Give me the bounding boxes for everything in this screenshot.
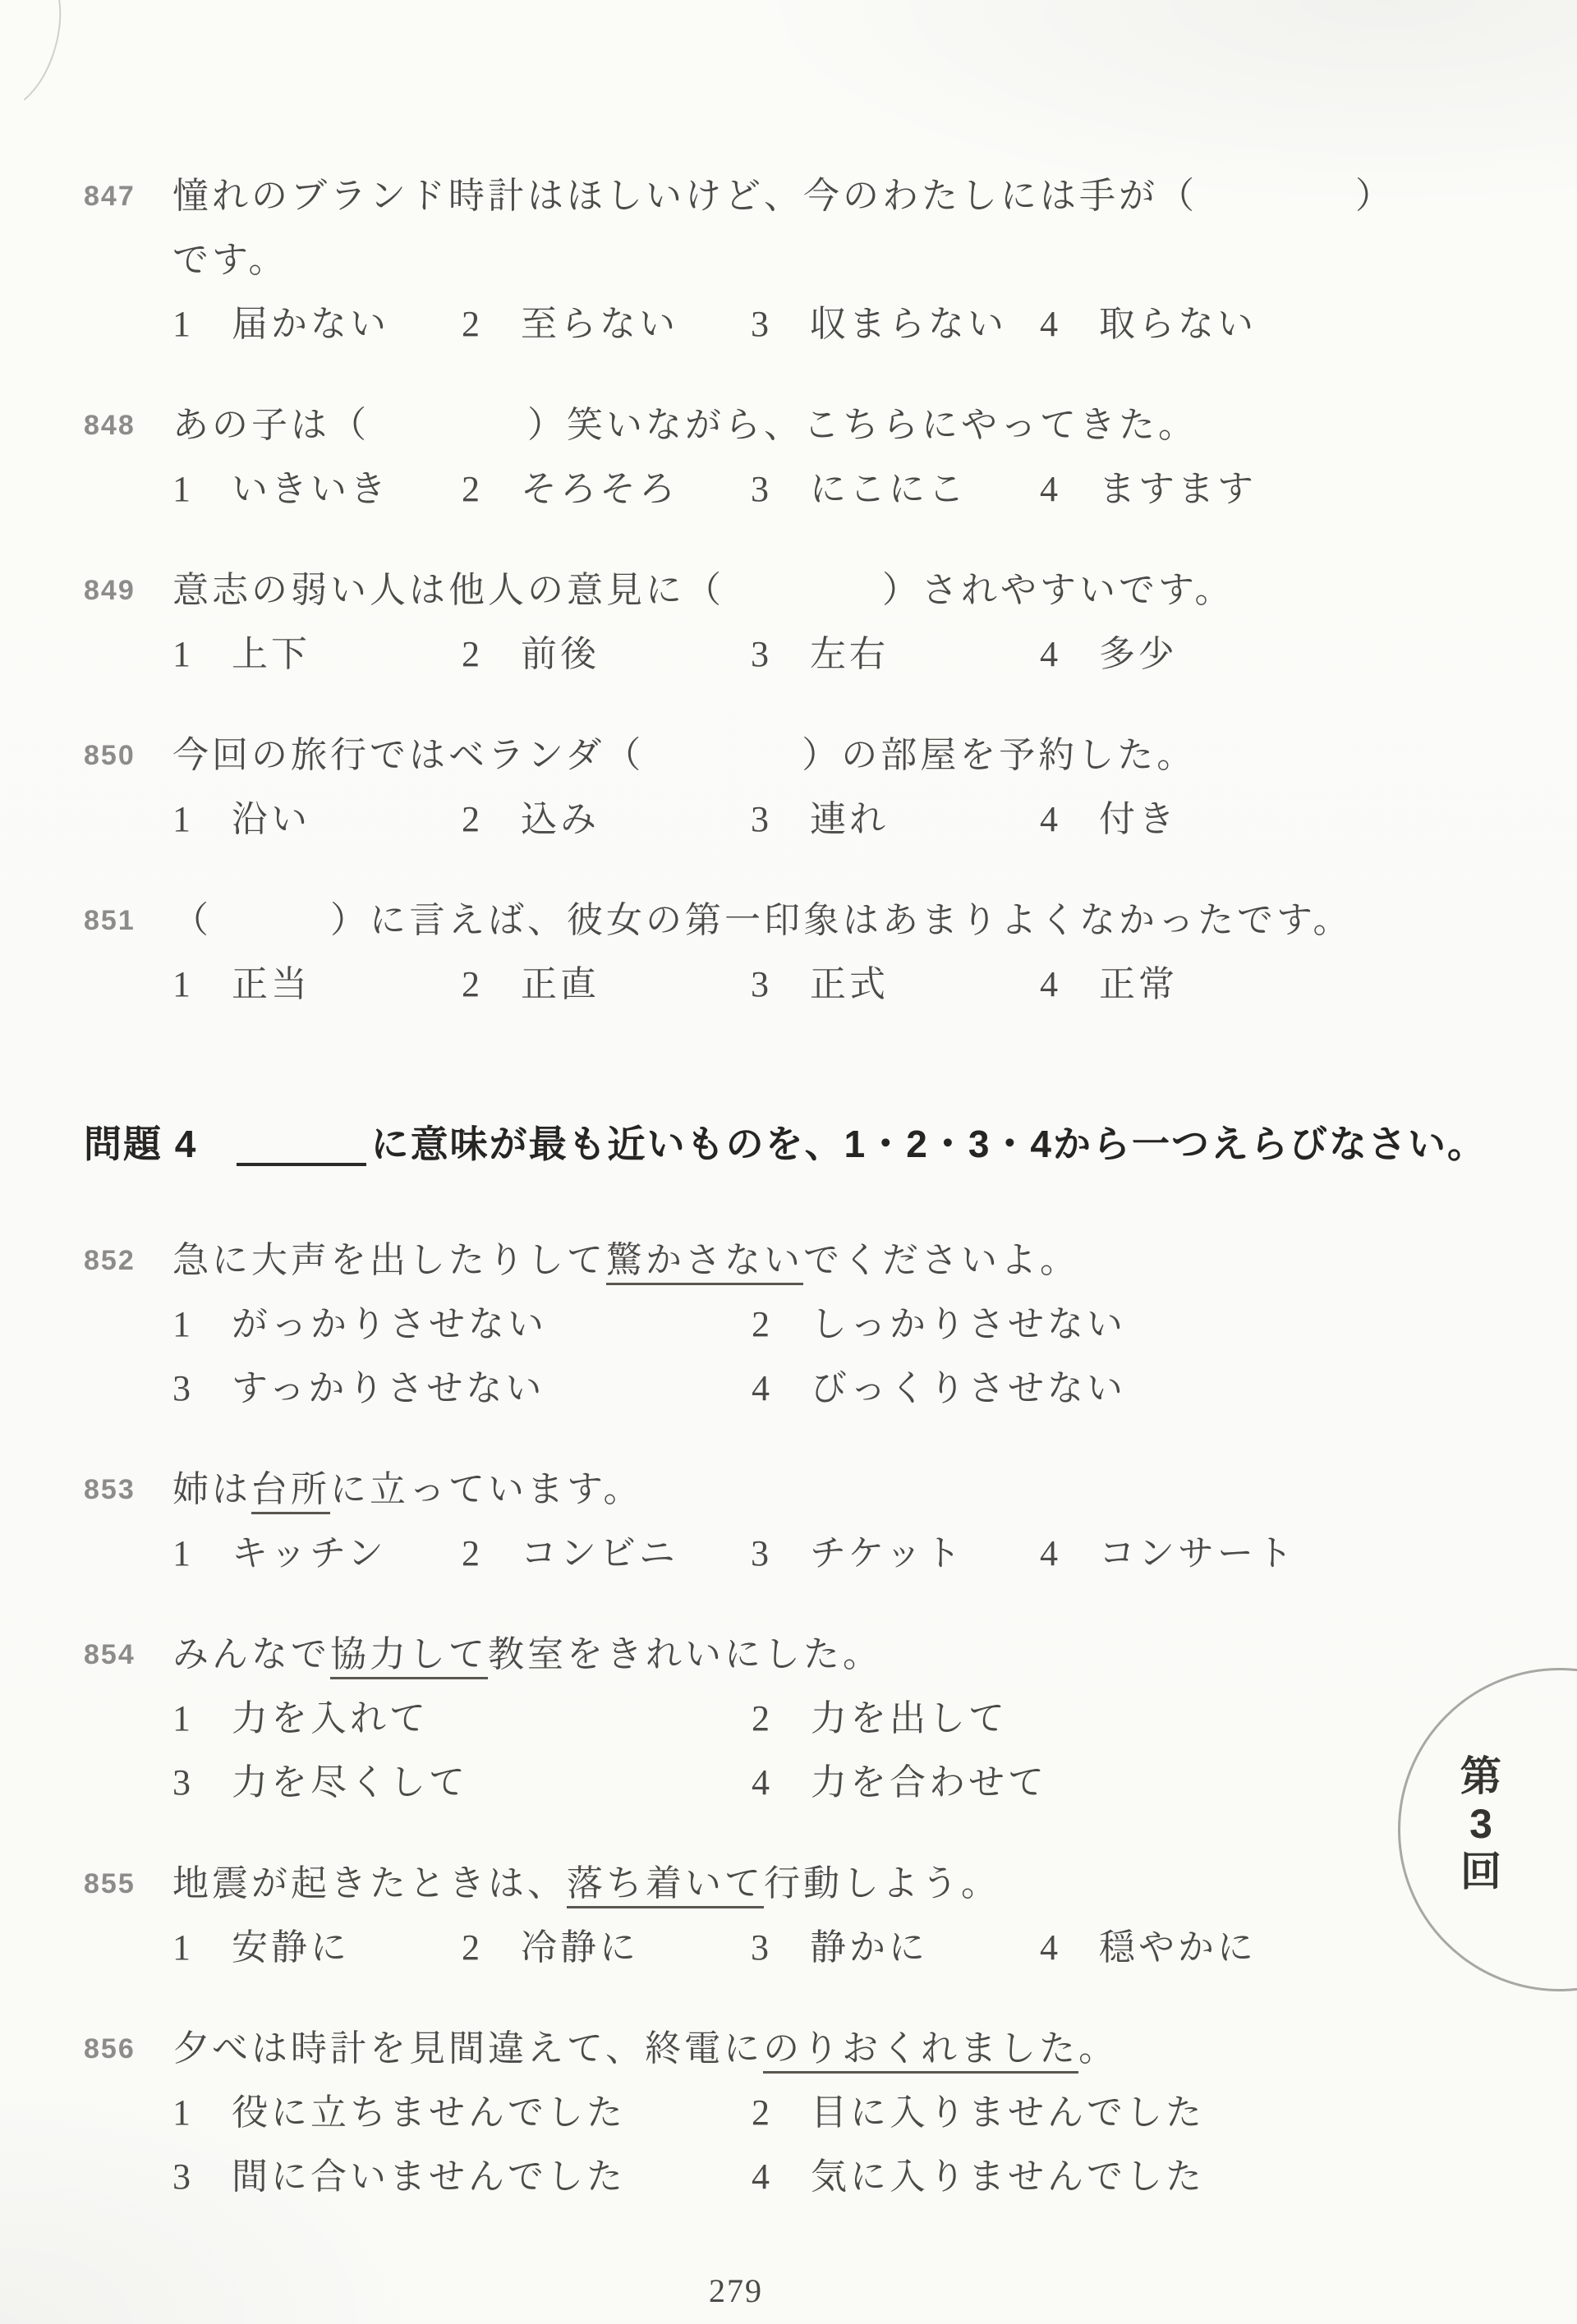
option-1: 1安静に [172, 1916, 462, 1980]
option-3: 3収まらない [751, 292, 1040, 356]
option-3: 3静かに [751, 1916, 1040, 1980]
question-text: です。 [172, 228, 1487, 292]
option-4: 4取らない [1040, 292, 1487, 356]
option-number: 2 [462, 1522, 521, 1586]
question-number: 848 [84, 393, 172, 521]
question-855: 855地震が起きたときは、落ち着いて行動しよう。1安静に2冷静に3静かに4穏やか… [84, 1852, 1487, 1980]
option-2: 2正直 [462, 953, 751, 1017]
question-number: 853 [84, 1458, 172, 1586]
option-number: 4 [1040, 622, 1099, 687]
option-4: 4穏やかに [1040, 1916, 1487, 1980]
option-number: 3 [751, 788, 810, 852]
option-3: 3すっかりさせない [172, 1357, 752, 1421]
options-row: 1正当2正直3正式4正常 [172, 953, 1487, 1017]
option-2: 2コンビニ [462, 1522, 751, 1586]
text-segment: 。 [1078, 2028, 1118, 2069]
option-2: 2そろそろ [462, 457, 751, 521]
option-3: 3チケット [751, 1522, 1040, 1586]
option-text: チケット [810, 1522, 964, 1586]
option-2: 2目に入りませんでした [752, 2081, 1487, 2145]
option-4: 4コンサート [1040, 1522, 1487, 1586]
option-text: 付き [1099, 788, 1178, 852]
chapter-tab-char: 回 [1460, 1848, 1501, 1895]
option-number: 3 [751, 1522, 810, 1586]
option-text: 穏やかに [1099, 1916, 1257, 1980]
option-number: 4 [1040, 457, 1099, 521]
option-4: 4正常 [1040, 953, 1487, 1017]
text-segment: 地震が起きたときは、 [172, 1863, 567, 1904]
question-body: あの子は（ ）笑いながら、こちらにやってきた。1いきいき2そろそろ3にこにこ4ま… [172, 393, 1487, 521]
options-row: 1がっかりさせない2しっかりさせない3すっかりさせない4びっくりさせない [172, 1293, 1487, 1421]
option-text: 役に立ちませんでした [232, 2081, 626, 2145]
text-segment: です。 [172, 240, 287, 280]
option-text: ますます [1099, 457, 1257, 521]
option-text: コンビニ [521, 1522, 678, 1586]
question-number: 847 [84, 164, 172, 356]
text-segment: 急に大声を出したりして [172, 1240, 606, 1280]
option-1: 1キッチン [172, 1522, 462, 1586]
option-text: 込み [521, 788, 600, 852]
option-text: 気に入りませんでした [811, 2145, 1205, 2209]
question-text: （ ）に言えば、彼女の第一印象はあまりよくなかったです。 [172, 889, 1487, 953]
option-text: 至らない [521, 292, 678, 356]
options-row: 1役に立ちませんでした2目に入りませんでした3間に合いませんでした4気に入りませ… [172, 2081, 1487, 2209]
question-number: 849 [84, 558, 172, 687]
question-number: 850 [84, 723, 172, 852]
question-854: 854みんなで協力して教室をきれいにした。1力を入れて2力を出して3力を尽くして… [84, 1623, 1487, 1815]
question-body: 姉は台所に立っています。1キッチン2コンビニ3チケット4コンサート [172, 1458, 1487, 1586]
page-number: 279 [84, 2262, 1487, 2320]
question-body: （ ）に言えば、彼女の第一印象はあまりよくなかったです。1正当2正直3正式4正常 [172, 889, 1487, 1017]
option-text: 目に入りませんでした [811, 2081, 1205, 2145]
underlined-phrase: 驚かさない [606, 1240, 803, 1285]
option-4: 4多少 [1040, 622, 1487, 687]
option-number: 1 [172, 1522, 232, 1586]
options-row: 1力を入れて2力を出して3力を尽くして4力を合わせて [172, 1687, 1487, 1815]
option-number: 2 [752, 2081, 811, 2145]
question-body: みんなで協力して教室をきれいにした。1力を入れて2力を出して3力を尽くして4力を… [172, 1623, 1487, 1815]
option-text: 上下 [232, 622, 310, 687]
question-number: 856 [84, 2017, 172, 2209]
text-segment: 夕べは時計を見間違えて、終電に [172, 2028, 763, 2069]
question-text: 急に大声を出したりして驚かさないでくださいよ。 [172, 1229, 1487, 1293]
text-segment: みんなで [172, 1634, 330, 1674]
option-1: 1いきいき [172, 457, 462, 521]
option-number: 1 [172, 457, 232, 521]
options-row: 1沿い2込み3連れ4付き [172, 788, 1487, 852]
text-segment: に立っています。 [330, 1469, 642, 1509]
option-number: 4 [752, 1751, 811, 1815]
option-1: 1正当 [172, 953, 462, 1017]
option-text: 力を尽くして [232, 1751, 468, 1815]
option-text: 前後 [521, 622, 600, 687]
option-number: 1 [172, 292, 232, 356]
option-number: 3 [751, 953, 810, 1017]
option-text: 左右 [810, 622, 889, 687]
option-number: 3 [172, 2145, 232, 2209]
option-number: 2 [462, 457, 521, 521]
option-text: 取らない [1099, 292, 1257, 356]
option-3: 3左右 [751, 622, 1040, 687]
question-853: 853姉は台所に立っています。1キッチン2コンビニ3チケット4コンサート [84, 1458, 1487, 1586]
question-848: 848あの子は（ ）笑いながら、こちらにやってきた。1いきいき2そろそろ3にこに… [84, 393, 1487, 521]
question-body: 今回の旅行ではベランダ（ ）の部屋を予約した。1沿い2込み3連れ4付き [172, 723, 1487, 852]
option-number: 4 [1040, 1916, 1099, 1980]
option-number: 4 [1040, 788, 1099, 852]
chapter-tab-label: 第3回 [1454, 1752, 1508, 1895]
option-number: 1 [172, 1293, 232, 1357]
question-body: 夕べは時計を見間違えて、終電にのりおくれました。1役に立ちませんでした2目に入り… [172, 2017, 1487, 2209]
scan-artifact [0, 0, 76, 120]
option-1: 1役に立ちませんでした [172, 2081, 752, 2145]
option-text: びっくりさせない [811, 1357, 1126, 1421]
question-852: 852急に大声を出したりして驚かさないでくださいよ。1がっかりさせない2しっかり… [84, 1229, 1487, 1421]
option-number: 1 [172, 1687, 232, 1751]
option-number: 2 [462, 622, 521, 687]
option-text: 沿い [232, 788, 310, 852]
option-number: 1 [172, 622, 232, 687]
option-4: 4気に入りませんでした [752, 2145, 1487, 2209]
option-3: 3正式 [751, 953, 1040, 1017]
option-number: 4 [1040, 953, 1099, 1017]
question-body: 憧れのブランド時計はほしいけど、今のわたしには手が（ ）です。1届かない2至らな… [172, 164, 1487, 356]
question-number: 855 [84, 1852, 172, 1980]
option-number: 2 [752, 1687, 811, 1751]
options-row: 1キッチン2コンビニ3チケット4コンサート [172, 1522, 1487, 1586]
question-text: 意志の弱い人は他人の意見に（ ）されやすいです。 [172, 558, 1487, 622]
chapter-tab-char: 3 [1469, 1800, 1492, 1848]
text-segment: （ ）に言えば、彼女の第一印象はあまりよくなかったです。 [172, 900, 1352, 940]
option-text: 正式 [810, 953, 889, 1017]
question-851: 851（ ）に言えば、彼女の第一印象はあまりよくなかったです。1正当2正直3正式… [84, 889, 1487, 1017]
question-text: みんなで協力して教室をきれいにした。 [172, 1623, 1487, 1687]
option-text: 正当 [232, 953, 310, 1017]
question-number: 851 [84, 889, 172, 1017]
section-header: 問題 4 に意味が最も近いものを、1・2・3・4から一つえらびなさい。 [84, 1110, 1487, 1178]
question-number: 854 [84, 1623, 172, 1815]
option-3: 3にこにこ [751, 457, 1040, 521]
option-text: コンサート [1099, 1522, 1296, 1586]
underlined-phrase: のりおくれました [763, 2028, 1078, 2074]
options-row: 1上下2前後3左右4多少 [172, 622, 1487, 687]
option-number: 1 [172, 1916, 232, 1980]
question-body: 意志の弱い人は他人の意見に（ ）されやすいです。1上下2前後3左右4多少 [172, 558, 1487, 687]
option-2: 2至らない [462, 292, 751, 356]
option-text: しっかりさせない [811, 1293, 1126, 1357]
options-row: 1安静に2冷静に3静かに4穏やかに [172, 1916, 1487, 1980]
option-text: 連れ [810, 788, 889, 852]
question-text: 今回の旅行ではベランダ（ ）の部屋を予約した。 [172, 723, 1487, 788]
underlined-phrase: 協力して [330, 1634, 488, 1679]
question-text: 姉は台所に立っています。 [172, 1458, 1487, 1522]
underlined-phrase: 落ち着いて [567, 1863, 764, 1908]
question-group-1: 847憧れのブランド時計はほしいけど、今のわたしには手が（ ）です。1届かない2… [84, 164, 1487, 1054]
blank-underline [237, 1115, 366, 1166]
chapter-tab-char: 第 [1460, 1752, 1501, 1800]
option-number: 1 [172, 2081, 232, 2145]
option-4: 4ますます [1040, 457, 1487, 521]
question-text: あの子は（ ）笑いながら、こちらにやってきた。 [172, 393, 1487, 457]
option-text: 多少 [1099, 622, 1178, 687]
option-number: 4 [752, 2145, 811, 2209]
scanned-test-page: 847憧れのブランド時計はほしいけど、今のわたしには手が（ ）です。1届かない2… [0, 0, 1577, 2324]
option-number: 2 [462, 953, 521, 1017]
option-2: 2しっかりさせない [752, 1293, 1487, 1357]
option-2: 2込み [462, 788, 751, 852]
text-segment: 憧れのブランド時計はほしいけど、今のわたしには手が（ ） [172, 176, 1395, 216]
option-text: 力を合わせて [811, 1751, 1047, 1815]
option-number: 1 [172, 788, 232, 852]
question-body: 地震が起きたときは、落ち着いて行動しよう。1安静に2冷静に3静かに4穏やかに [172, 1852, 1487, 1980]
options-row: 1いきいき2そろそろ3にこにこ4ますます [172, 457, 1487, 521]
option-1: 1がっかりさせない [172, 1293, 752, 1357]
option-text: にこにこ [810, 457, 968, 521]
option-number: 3 [751, 292, 810, 356]
option-text: 正常 [1099, 953, 1178, 1017]
option-4: 4びっくりさせない [752, 1357, 1487, 1421]
option-number: 2 [752, 1293, 811, 1357]
option-1: 1沿い [172, 788, 462, 852]
underlined-phrase: 台所 [251, 1469, 330, 1514]
option-text: 収まらない [810, 292, 1007, 356]
question-856: 856夕べは時計を見間違えて、終電にのりおくれました。1役に立ちませんでした2目… [84, 2017, 1487, 2209]
options-row: 1届かない2至らない3収まらない4取らない [172, 292, 1487, 356]
option-4: 4付き [1040, 788, 1487, 852]
question-text: 夕べは時計を見間違えて、終電にのりおくれました。 [172, 2017, 1487, 2081]
text-segment: あの子は（ ）笑いながら、こちらにやってきた。 [172, 405, 1198, 445]
option-number: 3 [751, 1916, 810, 1980]
text-segment: 意志の弱い人は他人の意見に（ ）されやすいです。 [172, 570, 1234, 610]
option-text: そろそろ [521, 457, 678, 521]
question-text: 憧れのブランド時計はほしいけど、今のわたしには手が（ ） [172, 164, 1487, 228]
text-segment: 教室をきれいにした。 [488, 1634, 882, 1674]
option-1: 1上下 [172, 622, 462, 687]
question-849: 849意志の弱い人は他人の意見に（ ）されやすいです。1上下2前後3左右4多少 [84, 558, 1487, 687]
option-text: いきいき [232, 457, 389, 521]
question-number: 852 [84, 1229, 172, 1421]
question-group-2: 852急に大声を出したりして驚かさないでくださいよ。1がっかりさせない2しっかり… [84, 1229, 1487, 2246]
option-number: 4 [1040, 292, 1099, 356]
option-number: 3 [751, 457, 810, 521]
option-number: 3 [172, 1357, 232, 1421]
option-text: 安静に [232, 1916, 350, 1980]
option-2: 2冷静に [462, 1916, 751, 1980]
section-header-label: 問題 4 [84, 1110, 197, 1178]
option-text: 正直 [521, 953, 600, 1017]
option-text: 冷静に [521, 1916, 639, 1980]
text-segment: 姉は [172, 1469, 251, 1509]
question-847: 847憧れのブランド時計はほしいけど、今のわたしには手が（ ）です。1届かない2… [84, 164, 1487, 356]
option-1: 1届かない [172, 292, 462, 356]
option-2: 2前後 [462, 622, 751, 687]
option-text: 間に合いませんでした [232, 2145, 626, 2209]
option-number: 4 [1040, 1522, 1099, 1586]
option-4: 4力を合わせて [752, 1751, 1487, 1815]
option-text: キッチン [232, 1522, 387, 1586]
option-number: 2 [462, 1916, 521, 1980]
option-text: 力を出して [811, 1687, 1008, 1751]
option-1: 1力を入れて [172, 1687, 752, 1751]
question-body: 急に大声を出したりして驚かさないでくださいよ。1がっかりさせない2しっかりさせな… [172, 1229, 1487, 1421]
option-text: がっかりさせない [232, 1293, 547, 1357]
option-3: 3間に合いませんでした [172, 2145, 752, 2209]
question-text: 地震が起きたときは、落ち着いて行動しよう。 [172, 1852, 1487, 1916]
option-number: 2 [462, 292, 521, 356]
option-number: 3 [172, 1751, 232, 1815]
option-number: 4 [752, 1357, 811, 1421]
text-segment: 今回の旅行ではベランダ（ ）の部屋を予約した。 [172, 735, 1196, 775]
option-text: すっかりさせない [232, 1357, 545, 1421]
option-2: 2力を出して [752, 1687, 1487, 1751]
text-segment: 行動しよう。 [764, 1863, 1000, 1904]
text-segment: でくださいよ。 [803, 1240, 1079, 1280]
option-text: 静かに [810, 1916, 928, 1980]
option-3: 3連れ [751, 788, 1040, 852]
question-850: 850今回の旅行ではベランダ（ ）の部屋を予約した。1沿い2込み3連れ4付き [84, 723, 1487, 852]
section-header-instruction: に意味が最も近いものを、1・2・3・4から一つえらびなさい。 [371, 1110, 1487, 1178]
option-number: 2 [462, 788, 521, 852]
option-number: 3 [751, 622, 810, 687]
option-number: 1 [172, 953, 232, 1017]
option-text: 力を入れて [232, 1687, 429, 1751]
option-text: 届かない [232, 292, 389, 356]
option-3: 3力を尽くして [172, 1751, 752, 1815]
